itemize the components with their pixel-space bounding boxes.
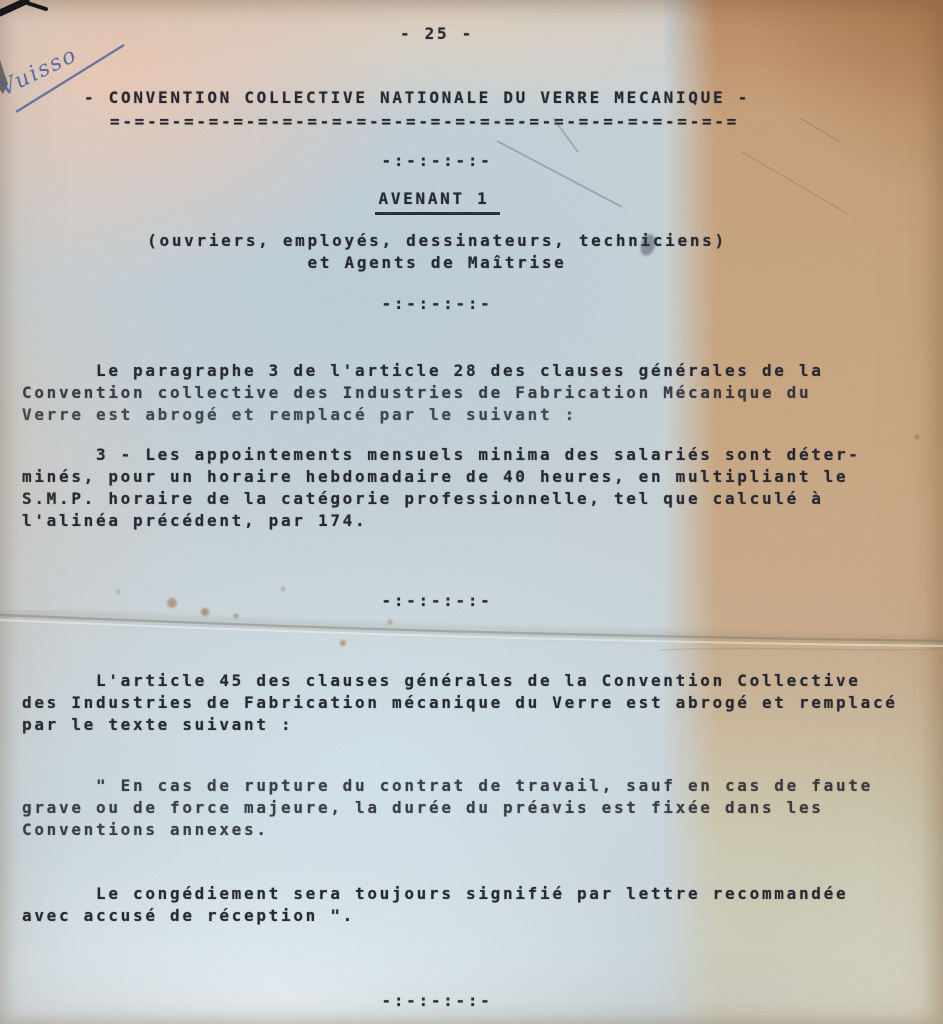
text-line: Conventions annexes. — [22, 819, 927, 841]
text-line: 3 - Les appointements mensuels minima de… — [22, 444, 927, 466]
text-line: par le texte suivant : — [22, 714, 927, 736]
subtitle-agents: et Agents de Maîtrise — [22, 252, 852, 274]
text-line: Convention collective des Industries de … — [22, 382, 927, 404]
document-title: - CONVENTION COLLECTIVE NATIONALE DU VER… — [84, 87, 750, 109]
text-line: " En cas de rupture du contrat de travai… — [22, 775, 927, 797]
text-line: avec accusé de réception ". — [22, 905, 927, 927]
paragraph-clause3: 3 - Les appointements mensuels minima de… — [22, 444, 927, 532]
text-line: S.M.P. horaire de la catégorie professio… — [22, 488, 927, 510]
title-underline: =-=-=-=-=-=-=-=-=-=-=-=-=-=-=-=-=-=-=-=-… — [110, 111, 739, 133]
text-line: l'alinéa précédent, par 174. — [22, 510, 927, 532]
dash-colon-separator-3: -:-:-:-:- — [22, 590, 852, 612]
paragraph-article45: L'article 45 des clauses générales de la… — [22, 670, 927, 736]
text-line: grave ou de force majeure, la durée du p… — [22, 797, 927, 819]
avenant-heading: AVENANT 1 — [22, 188, 852, 215]
dash-colon-separator-4: -:-:-:-:- — [22, 990, 852, 1012]
text-line: des Industries de Fabrication mécanique … — [22, 692, 927, 714]
paragraph-article28: Le paragraphe 3 de l'article 28 des clau… — [22, 360, 927, 426]
paragraph-rupture: " En cas de rupture du contrat de travai… — [22, 775, 927, 841]
avenant-heading-text: AVENANT 1 — [375, 188, 500, 215]
dash-colon-separator-1: -:-:-:-:- — [22, 150, 852, 172]
document-page: - 25 - - CONVENTION COLLECTIVE NATIONALE… — [0, 0, 943, 1024]
subtitle-workers: (ouvriers, employés, dessinateurs, techn… — [22, 230, 852, 252]
paragraph-congediement: Le congédiement sera toujours signifié p… — [22, 883, 927, 927]
text-line: minés, pour un horaire hebdomadaire de 4… — [22, 466, 927, 488]
text-line: Le congédiement sera toujours signifié p… — [22, 883, 927, 905]
text-line: L'article 45 des clauses générales de la… — [22, 670, 927, 692]
page-number: - 25 - — [22, 23, 852, 45]
dash-colon-separator-2: -:-:-:-:- — [22, 293, 852, 315]
text-line: Verre est abrogé et remplacé par le suiv… — [22, 404, 927, 426]
text-line: Le paragraphe 3 de l'article 28 des clau… — [22, 360, 927, 382]
